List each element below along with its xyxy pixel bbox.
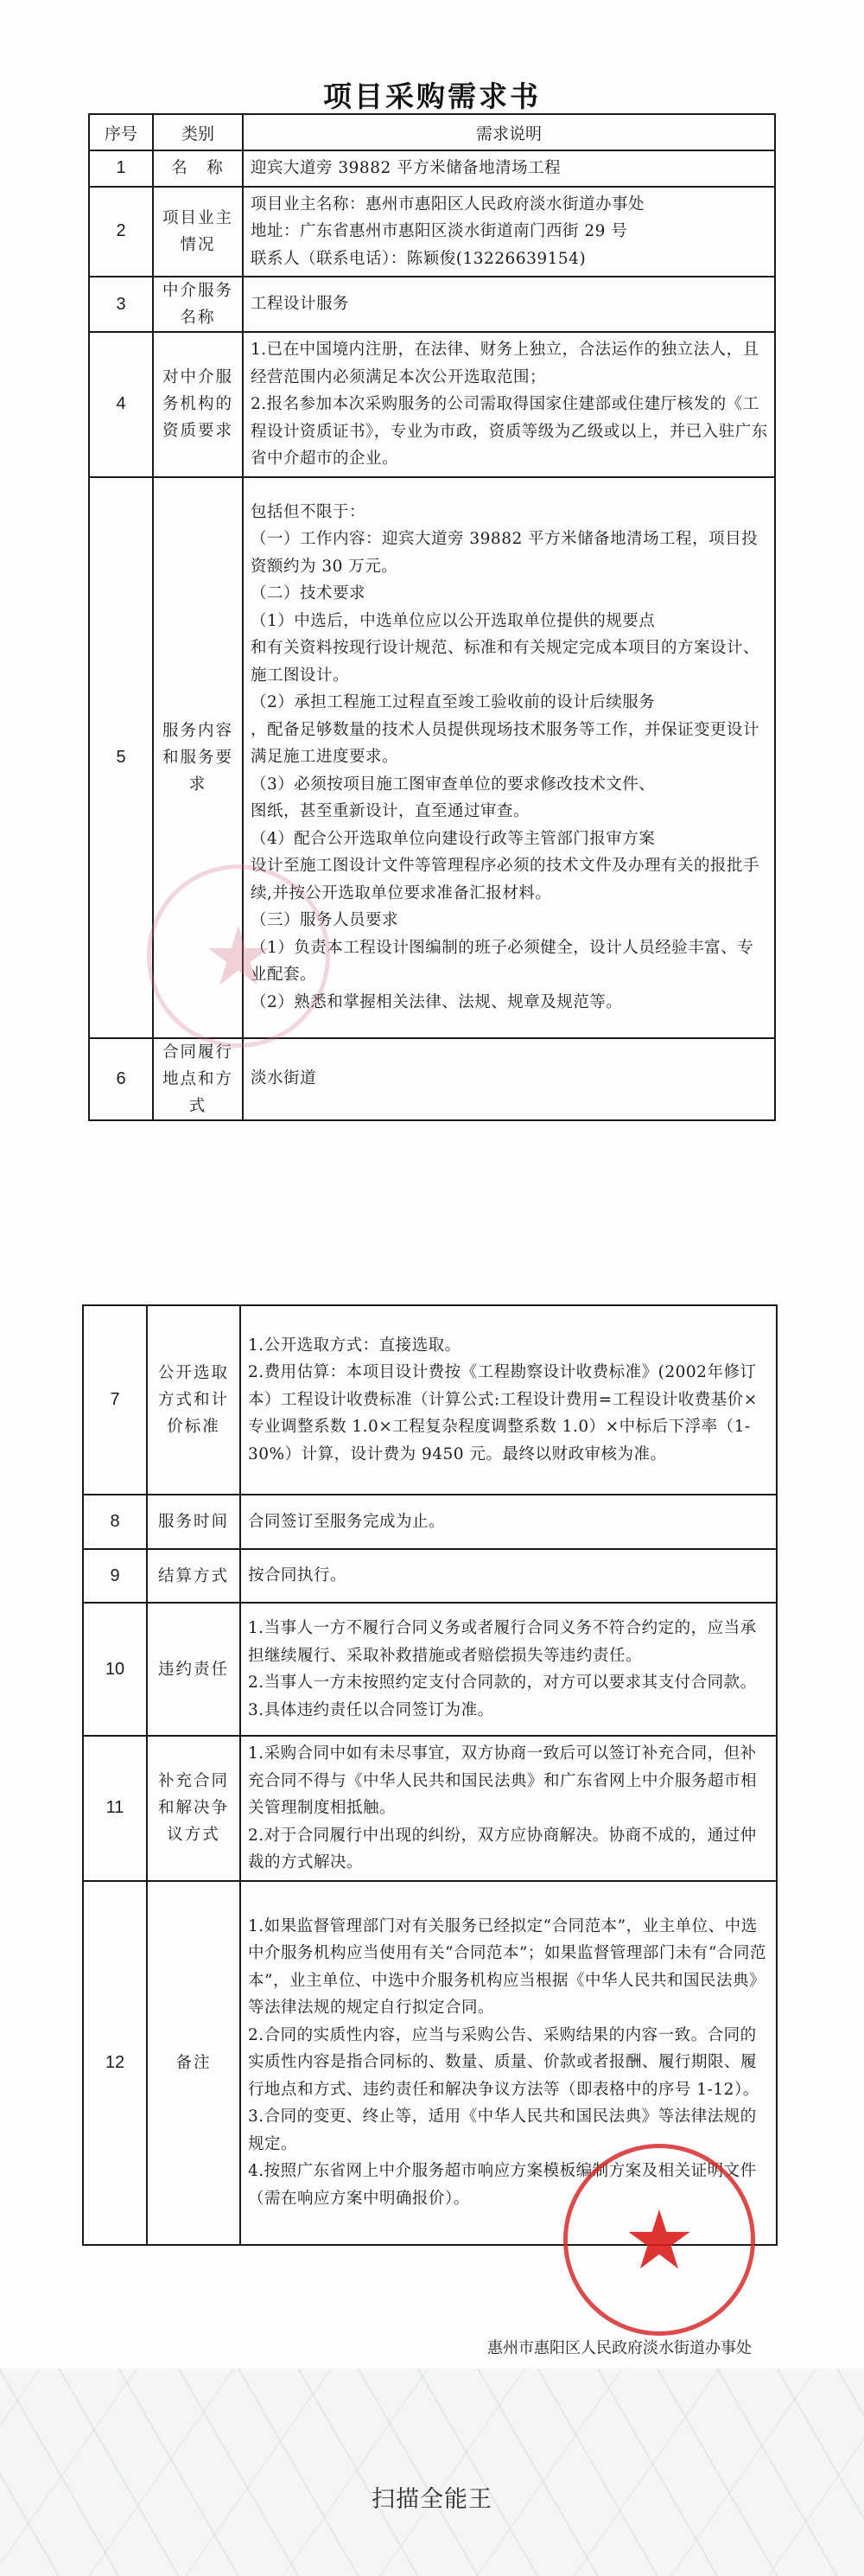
description-line: （三）服务人员要求 [251,907,769,934]
description-line: 1.采购合同中如有未尽事宜，双方协商一致后可以签订补充合同，但补充合同不得与《中… [248,1740,771,1822]
description-line: （二）技术要求 [251,580,769,608]
row-category: 服务时间 [147,1495,240,1549]
row-category: 违约责任 [147,1603,240,1736]
row-category: 对中介服务机构的资质要求 [153,332,243,477]
description-line: 迎宾大道旁 39882 平方米储备地清场工程 [251,155,769,182]
row-description: 1.公开选取方式：直接选取。2.费用估算：本项目设计费按《工程勘察设计收费标准》… [240,1305,777,1495]
description-line: 包括但不限于： [251,499,769,526]
description-line: 2.报名参加本次采购服务的公司需取得国家住建部或住建厅核发的《工程设计资质证书》… [251,391,769,473]
description-line: （2）承担工程施工过程直至竣工验收前的设计后续服务 [251,689,769,717]
star-icon [626,2207,692,2273]
header-description: 需求说明 [243,114,775,150]
table-row: 1名 称迎宾大道旁 39882 平方米储备地清场工程 [89,150,775,187]
official-red-seal [563,2144,755,2336]
row-category: 中介服务名称 [153,277,243,332]
description-line: （1）中选后，中选单位应以公开选取单位提供的规要点 [251,608,769,635]
description-line: 淡水街道 [251,1065,769,1093]
row-description: 项目业主名称：惠州市惠阳区人民政府淡水街道办事处地址：广东省惠州市惠阳区淡水街道… [243,187,775,277]
description-line: 按合同执行。 [248,1562,771,1590]
table-row: 2项目业主情况项目业主名称：惠州市惠阳区人民政府淡水街道办事处地址：广东省惠州市… [89,187,775,277]
requirements-table-page-2: 7公开选取方式和计价标准1.公开选取方式：直接选取。2.费用估算：本项目设计费按… [82,1304,778,2246]
description-line: （3）必须按项目施工图审查单位的要求修改技术文件、 [251,771,769,799]
row-number: 4 [89,332,153,477]
description-line: 合同签订至服务完成为止。 [248,1508,771,1536]
row-category: 公开选取方式和计价标准 [147,1305,240,1495]
row-number: 7 [83,1305,147,1495]
row-number: 8 [83,1495,147,1549]
description-line: 2.当事人一方未按照约定支付合同款的，对方可以要求其支付合同款。 [248,1669,771,1697]
row-number: 11 [83,1736,147,1881]
description-line: 图纸，甚至重新设计，直至通过审查。 [251,798,769,826]
table-row: 10违约责任1.当事人一方不履行合同义务或者履行合同义务不符合约定的，应当承担继… [83,1603,777,1736]
description-line: 2.费用估算：本项目设计费按《工程勘察设计收费标准》(2002年修订本）工程设计… [248,1359,771,1468]
header-category: 类别 [153,114,243,150]
row-number: 2 [89,187,153,277]
document-title: 项目采购需求书 [0,74,864,115]
row-number: 10 [83,1603,147,1736]
description-line: 项目业主名称：惠州市惠阳区人民政府淡水街道办事处 [251,191,769,219]
description-line: ，配备足够数量的技术人员提供现场技术服务等工作，并保证变更设计满足施工进度要求。 [251,717,769,771]
row-category: 名 称 [153,150,243,187]
row-number: 5 [89,477,153,1038]
row-description: 迎宾大道旁 39882 平方米储备地清场工程 [243,150,775,187]
table-row: 7公开选取方式和计价标准1.公开选取方式：直接选取。2.费用估算：本项目设计费按… [83,1305,777,1495]
description-line: 设计至施工图设计文件等管理程序必须的技术文件及办理有关的报批手续,并按公开选取单… [251,852,769,907]
signing-organization: 惠州市惠阳区人民政府淡水街道办事处 [487,2334,752,2363]
row-number: 6 [89,1038,153,1120]
description-line: （4）配合公开选取单位向建设行政等主管部门报审方案 [251,826,769,853]
table-row: 6合同履行地点和方式淡水街道 [89,1038,775,1120]
description-line: 联系人（联系电话）：陈颖俊(13226639154) [251,245,769,273]
table-row: 9结算方式按合同执行。 [83,1549,777,1603]
description-line: 1.当事人一方不履行合同义务或者履行合同义务不符合约定的，应当承担继续履行、采取… [248,1615,771,1669]
description-line: 工程设计服务 [251,290,769,318]
scanner-footer-band [0,2369,864,2576]
row-description: 1.已在中国境内注册，在法律、财务上独立，合法运作的独立法人，且经营范围内必须满… [243,332,775,477]
description-line: （一）工作内容：迎宾大道旁 39882 平方米储备地清场工程，项目投资额约为 3… [251,526,769,580]
row-number: 1 [89,150,153,187]
row-description: 淡水街道 [243,1038,775,1120]
description-line: 地址：广东省惠州市惠阳区淡水街道南门西街 29 号 [251,218,769,245]
row-description: 1.采购合同中如有未尽事宜，双方协商一致后可以签订补充合同，但补充合同不得与《中… [240,1736,777,1881]
row-description: 1.当事人一方不履行合同义务或者履行合同义务不符合约定的，应当承担继续履行、采取… [240,1603,777,1736]
table-row: 8服务时间合同签订至服务完成为止。 [83,1495,777,1549]
scanner-app-watermark: 扫描全能王 [0,2480,864,2514]
table-row: 3中介服务名称工程设计服务 [89,277,775,332]
row-category: 项目业主情况 [153,187,243,277]
description-line: 和有关资料按现行设计规范、标准和有关规定完成本项目的方案设计、施工图设计。 [251,634,769,689]
row-category: 备注 [147,1881,240,2245]
row-description: 工程设计服务 [243,277,775,332]
description-line: 1.已在中国境内注册，在法律、财务上独立，合法运作的独立法人，且经营范围内必须满… [251,336,769,391]
faded-official-seal [147,864,330,1048]
row-number: 3 [89,277,153,332]
description-line: 1.如果监督管理部门对有关服务已经拟定“合同范本”，业主单位、中选中介服务机构应… [248,1913,771,2022]
description-line: 2.对于合同履行中出现的纠纷，双方应协商解决。协商不成的，通过仲裁的方式解决。 [248,1822,771,1877]
row-category: 合同履行地点和方式 [153,1038,243,1120]
table-row: 11补充合同和解决争议方式1.采购合同中如有未尽事宜，双方协商一致后可以签订补充… [83,1736,777,1881]
table-row: 4对中介服务机构的资质要求1.已在中国境内注册，在法律、财务上独立，合法运作的独… [89,332,775,477]
row-number: 12 [83,1881,147,2245]
row-number: 9 [83,1549,147,1603]
row-category: 补充合同和解决争议方式 [147,1736,240,1881]
header-no: 序号 [89,114,153,150]
row-description: 合同签订至服务完成为止。 [240,1495,777,1549]
description-line: 3.具体违约责任以合同签订为准。 [248,1697,771,1725]
description-line: 2.合同的实质性内容，应当与采购公告、采购结果的内容一致。合同的实质性内容是指合… [248,2022,771,2104]
description-line: 1.公开选取方式：直接选取。 [248,1332,771,1360]
row-category: 结算方式 [147,1549,240,1603]
star-icon [206,923,271,989]
description-line: （2）熟悉和掌握相关法律、法规、规章及规范等。 [251,989,769,1017]
row-description: 按合同执行。 [240,1549,777,1603]
table-header-row: 序号 类别 需求说明 [89,114,775,150]
